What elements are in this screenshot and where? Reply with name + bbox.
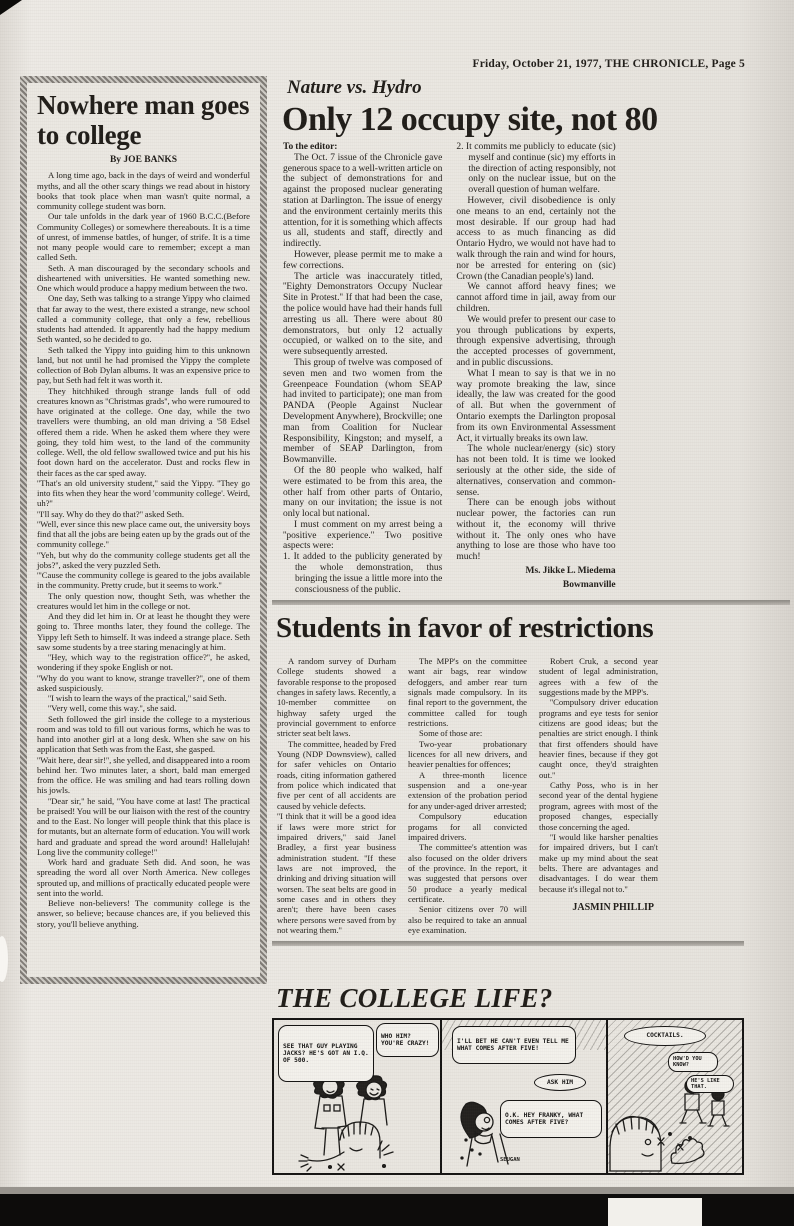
comic-title: THE COLLEGE LIFE?	[276, 983, 553, 1014]
paragraph: Some of those are:	[408, 728, 527, 738]
paragraph: Our tale unfolds in the dark year of 196…	[37, 211, 250, 262]
speech-bubble: ASK HIM	[534, 1074, 586, 1091]
comic-panel-3: COCKTAILS. HOW'D YOU KNOW? HE'S LIKE THA…	[608, 1020, 742, 1173]
scan-artifact-notch	[608, 1198, 702, 1226]
newspaper-page: { "page": { "masthead": "Friday, October…	[0, 0, 794, 1226]
headline-hydro-letter: Only 12 occupy site, not 80	[282, 101, 658, 139]
paragraph: The committee, headed by Fred Young (NDP…	[277, 739, 396, 811]
paragraph: ''Very well, come this way.'', she said.	[37, 703, 250, 713]
paragraph: To the editor:	[283, 142, 442, 153]
article-nowhere-man: Nowhere man goes to college By JOE BANKS…	[20, 76, 267, 984]
paragraph: However, civil disobedience is only one …	[456, 196, 615, 282]
paragraph: ''That's an old university student,'' sa…	[37, 478, 250, 509]
speech-bubble: SEE THAT GUY PLAYING JACKS? HE'S GOT AN …	[278, 1025, 374, 1082]
paragraph: ''Dear sir,'' he said, ''You have come a…	[37, 796, 250, 858]
paragraph: However, please permit me to make a few …	[283, 250, 442, 272]
paragraph: Senior citizens over 70 will also be req…	[408, 904, 527, 935]
paragraph: The article was inaccurately titled, ''E…	[283, 272, 442, 358]
paragraph: Seth followed the girl inside the colleg…	[37, 714, 250, 755]
paragraph: ''Well, ever since this new place came o…	[37, 519, 250, 550]
article-nowhere-man-inner: Nowhere man goes to college By JOE BANKS…	[27, 83, 260, 977]
comic-strip: SEE THAT GUY PLAYING JACKS? HE'S GOT AN …	[272, 1018, 744, 1175]
speech-bubble: I'LL BET HE CAN'T EVEN TELL ME WHAT COME…	[452, 1026, 576, 1064]
speech-bubble: WHO HIM? YOU'RE CRAZY!	[376, 1023, 439, 1057]
paragraph: '''Cause the community college is geared…	[37, 570, 250, 591]
paragraph: One day, Seth was talking to a strange Y…	[37, 293, 250, 344]
speech-bubble: HE'S LIKE THAT.	[686, 1075, 734, 1093]
paragraph: There can be enough jobs without nuclear…	[456, 498, 615, 563]
comic-panel-1: SEE THAT GUY PLAYING JACKS? HE'S GOT AN …	[274, 1020, 442, 1173]
paragraph: Ms. Jikke L. Miedema	[456, 566, 615, 577]
paragraph: A three-month licence suspension and a o…	[408, 770, 527, 811]
section-divider	[272, 941, 744, 946]
paragraph: The Oct. 7 issue of the Chronicle gave g…	[283, 153, 442, 250]
paragraph: ''Wait here, dear sir!'', she yelled, an…	[37, 755, 250, 796]
headline-students: Students in favor of restrictions	[276, 612, 653, 645]
paragraph: What I mean to say is that we in no way …	[456, 369, 615, 445]
paragraph: ''Compulsory driver education programs a…	[539, 697, 658, 780]
paragraph: Compulsory education progams for all con…	[408, 811, 527, 842]
paragraph: ''I'll say. Why do they do that?'' asked…	[37, 509, 250, 519]
paragraph: JASMIN PHILLIP	[539, 903, 658, 913]
paragraph: A long time ago, back in the days of wei…	[37, 170, 250, 211]
scan-artifact-blot	[0, 936, 8, 982]
section-divider	[272, 600, 790, 605]
paragraph: The committee's attention was also focus…	[408, 842, 527, 904]
paragraph: I must comment on my arrest being a ''po…	[283, 520, 442, 552]
masthead-dateline: Friday, October 21, 1977, THE CHRONICLE,…	[283, 58, 745, 70]
paragraph: We cannot afford heavy fines; we cannot …	[456, 282, 615, 314]
paragraph: 1. It added to the publicity generated b…	[283, 552, 442, 595]
paragraph: Robert Cruk, a second year student of le…	[539, 656, 658, 697]
paragraph: Work hard and graduate Seth did. And soo…	[37, 857, 250, 898]
paragraph: And they did let him in. Or at least he …	[37, 611, 250, 652]
paragraph: The MPP's on the committee want air bags…	[408, 656, 527, 728]
scan-artifact-corner	[0, 0, 22, 15]
article-title: Nowhere man goes to college	[37, 90, 250, 150]
paragraph: Seth. A man discouraged by the secondary…	[37, 263, 250, 294]
paragraph: This group of twelve was composed of sev…	[283, 358, 442, 466]
cartoonist-signature: SEUGAN	[500, 1157, 520, 1163]
paragraph: 2. It commits me publicly to educate (si…	[456, 142, 615, 196]
paragraph: ''I think that it will be a good idea if…	[277, 811, 396, 935]
paragraph: Two-year probationary licences for all n…	[408, 739, 527, 770]
students-article-body: A random survey of Durham College studen…	[277, 656, 789, 940]
comic-panel-2: I'LL BET HE CAN'T EVEN TELL ME WHAT COME…	[442, 1020, 608, 1173]
paragraph: We would prefer to present our case to y…	[456, 315, 615, 369]
paragraph: Believe non-believers! The community col…	[37, 898, 250, 929]
paragraph: Bowmanville	[456, 580, 615, 591]
paragraph: A random survey of Durham College studen…	[277, 656, 396, 739]
paragraph: ''I would like harsher penalties for imp…	[539, 832, 658, 894]
article-byline: By JOE BANKS	[37, 155, 250, 165]
paragraph: Seth talked the Yippy into guiding him t…	[37, 345, 250, 386]
paragraph: ''Yeh, but why do the community college …	[37, 550, 250, 571]
paragraph: Of the 80 people who walked, half were e…	[283, 466, 442, 520]
paragraph: Cathy Poss, who is in her second year of…	[539, 780, 658, 832]
paragraph: They hitchhiked through strange lands fu…	[37, 386, 250, 478]
speech-bubble: HOW'D YOU KNOW?	[668, 1052, 718, 1072]
paragraph: The whole nuclear/energy (sic) story has…	[456, 444, 615, 498]
paragraph: The only question now, thought Seth, was…	[37, 591, 250, 612]
article-body: A long time ago, back in the days of wei…	[37, 170, 250, 929]
letter-body: To the editor:The Oct. 7 issue of the Ch…	[283, 142, 789, 598]
paragraph: ''Hey, which way to the registration off…	[37, 652, 250, 673]
speech-bubble: COCKTAILS.	[624, 1026, 706, 1046]
kicker: Nature vs. Hydro	[287, 77, 422, 99]
paragraph: ''I wish to learn the ways of the practi…	[37, 693, 250, 703]
speech-bubble: O.K. HEY FRANKY, WHAT COMES AFTER FIVE?	[500, 1100, 602, 1138]
paragraph: ''Why do you want to know, strange trave…	[37, 673, 250, 694]
